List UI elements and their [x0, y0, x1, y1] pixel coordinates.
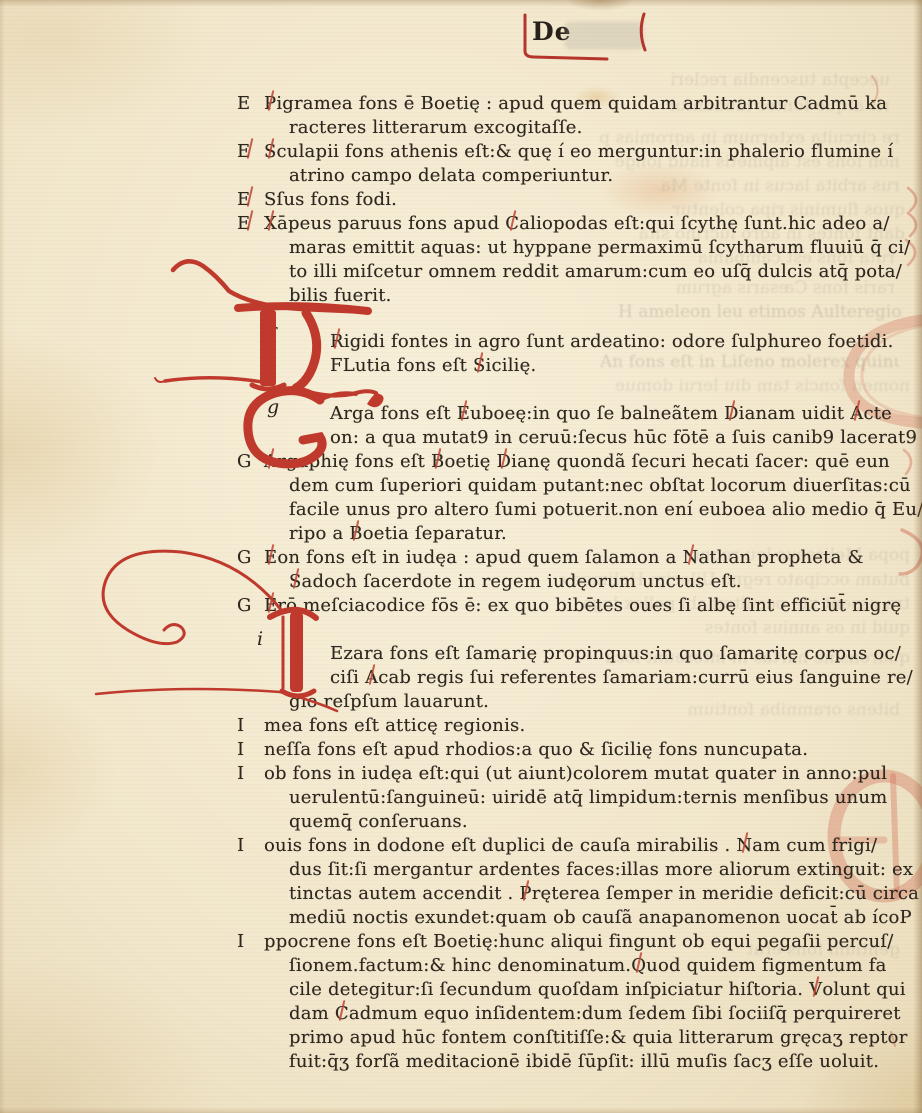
line-text: Sſus fons fodi.: [264, 189, 397, 210]
line-text: Xāpeus paruus fons apud Caliopodas eſt:q…: [264, 213, 890, 234]
line-text: dem cum ſuperiori quidam putant:nec obſt…: [289, 475, 911, 496]
line-text: atrino campo delata comperiuntur.: [289, 165, 613, 186]
line-text: quemq̄ conſeruans.: [289, 811, 468, 832]
guide-letter-i: i: [257, 628, 263, 650]
entry-capital: E: [237, 140, 264, 164]
text-block: EPigramea fons ē Boetię : apud quem quid…: [0, 0, 922, 1113]
line-text: bilis fuerit.: [289, 285, 392, 306]
entry-capital: G: [237, 546, 264, 570]
entry-capital: G: [237, 594, 264, 618]
text-line: Sadoch ſacerdote in regem iudęorum unctu…: [289, 570, 742, 594]
line-text: facile unus pro altero ſumi potuerit.non…: [289, 499, 922, 520]
text-line: EPigramea fons ē Boetię : apud quem quid…: [237, 92, 887, 116]
line-text: ſionem.factum:& hinc denominatum.Quod qu…: [289, 955, 887, 976]
text-line: dus ſit:ſi mergantur ardentes faces:illa…: [289, 858, 913, 882]
text-line: to illi miſcetur omnem reddit amarum:cum…: [289, 260, 902, 284]
text-line: primo apud hūc fontem conſtitiſſe:& quia…: [289, 1026, 908, 1050]
text-line: ESſus fons fodi.: [237, 188, 397, 212]
line-text: Arga fons eſt Euboeę:in quo ſe balneãtem…: [330, 403, 892, 424]
text-line: EXāpeus paruus fons apud Caliopodas eſt:…: [237, 212, 890, 236]
text-line: Iouis fons in dodone eſt duplici de cauſ…: [237, 834, 877, 858]
line-text: uerulentū:ſanguineū: uiridē atq̄ limpidu…: [289, 787, 887, 808]
line-text: cile detegitur:ſi ſecundum quoſdam inſpi…: [289, 979, 906, 1000]
text-line: maras emittit aquas: ut hyppane permaxim…: [289, 236, 910, 260]
text-line: GErō meſciacodice fōs ē: ex quo bibētes …: [237, 594, 901, 618]
text-line: FLutia fons eſt Sicilię.: [330, 354, 536, 378]
text-line: fuit:q̄ʒ forſã meditacionē ibidē ſūpſit:…: [289, 1050, 879, 1074]
text-line: Imea fons eſt atticę regionis.: [237, 714, 525, 738]
text-line: Ineſſa fons eſt apud rhodios:a quo & ſic…: [237, 738, 808, 762]
text-line: mediū noctis exundet:quam ob cauſã anapa…: [289, 906, 912, 930]
text-line: facile unus pro altero ſumi potuerit.non…: [289, 498, 922, 522]
manuscript-page: uecepta tuscendia recleririt atque fonte…: [0, 0, 922, 1113]
text-line: atrino campo delata comperiuntur.: [289, 164, 613, 188]
line-text: racteres litterarum excogitaſſe.: [289, 117, 583, 138]
entry-capital: I: [237, 834, 264, 858]
text-line: GArgaphię fons eſt Boetię Dianę quondã ſ…: [237, 450, 890, 474]
entry-capital: I: [237, 930, 264, 954]
line-text: ouis fons in dodone eſt duplici de cauſa…: [264, 835, 877, 856]
line-text: Eon fons eſt in iudęa : apud quem ſalamo…: [264, 547, 864, 568]
text-line: dam Cadmum equo inſidentem:dum ſedem ſib…: [289, 1002, 901, 1026]
line-text: on: a qua mutat9 in ceruū:ſecus hūc fōtē…: [330, 427, 922, 448]
line-text: Sculapii fons athenis eſt:& quę í eo mer…: [264, 141, 893, 162]
entry-capital: E: [237, 188, 264, 212]
line-text: dam Cadmum equo inſidentem:dum ſedem ſib…: [289, 1003, 901, 1024]
line-text: neſſa fons eſt apud rhodios:a quo & ſici…: [264, 739, 808, 760]
line-text: Sadoch ſacerdote in regem iudęorum unctu…: [289, 571, 742, 592]
text-line: ripo a Boetia ſeparatur.: [289, 522, 507, 546]
entry-capital: I: [237, 714, 264, 738]
line-text: gio reſpſum lauarunt.: [289, 691, 489, 712]
line-text: maras emittit aquas: ut hyppane permaxim…: [289, 237, 910, 258]
guide-letter-f: f: [268, 324, 275, 346]
text-line: ſionem.factum:& hinc denominatum.Quod qu…: [289, 954, 887, 978]
entry-capital: E: [237, 212, 264, 236]
line-text: ripo a Boetia ſeparatur.: [289, 523, 507, 544]
line-text: Rigidi fontes in agro ſunt ardeatino: od…: [330, 331, 894, 352]
text-line: bilis fuerit.: [289, 284, 392, 308]
text-line: ESculapii fons athenis eſt:& quę í eo me…: [237, 140, 893, 164]
text-line: Arga fons eſt Euboeę:in quo ſe balneãtem…: [330, 402, 892, 426]
entry-capital: G: [237, 450, 264, 474]
line-text: to illi miſcetur omnem reddit amarum:cum…: [289, 261, 902, 282]
text-line: uerulentū:ſanguineū: uiridē atq̄ limpidu…: [289, 786, 887, 810]
line-text: FLutia fons eſt Sicilię.: [330, 355, 536, 376]
entry-capital: E: [237, 92, 264, 116]
line-text: Ezara fons eſt ſamarię propinquus:in quo…: [330, 643, 901, 664]
text-line: Rigidi fontes in agro ſunt ardeatino: od…: [330, 330, 894, 354]
text-line: gio reſpſum lauarunt.: [289, 690, 489, 714]
line-text: Pigramea fons ē Boetię : apud quem quida…: [264, 93, 887, 114]
text-line: Ippocrene fons eſt Boetię:hunc aliqui fi…: [237, 930, 893, 954]
line-text: ob fons in iudęa eſt:qui (ut aiunt)color…: [264, 763, 887, 784]
text-line: cile detegitur:ſi ſecundum quoſdam inſpi…: [289, 978, 906, 1002]
text-line: racteres litterarum excogitaſſe.: [289, 116, 583, 140]
line-text: ppocrene fons eſt Boetię:hunc aliqui fin…: [264, 931, 893, 952]
line-text: dus ſit:ſi mergantur ardentes faces:illa…: [289, 859, 913, 880]
line-text: fuit:q̄ʒ forſã meditacionē ibidē ſūpſit:…: [289, 1051, 879, 1072]
entry-capital: I: [237, 762, 264, 786]
line-text: primo apud hūc fontem conſtitiſſe:& quia…: [289, 1027, 908, 1048]
line-text: tinctas autem accendit . Pręterea ſemper…: [289, 883, 919, 904]
line-text: mediū noctis exundet:quam ob cauſã anapa…: [289, 907, 912, 928]
text-line: quemq̄ conſeruans.: [289, 810, 468, 834]
text-line: on: a qua mutat9 in ceruū:ſecus hūc fōtē…: [330, 426, 922, 450]
text-line: Ezara fons eſt ſamarię propinquus:in quo…: [330, 642, 901, 666]
line-text: Erō meſciacodice fōs ē: ex quo bibētes o…: [264, 595, 901, 616]
entry-capital: I: [237, 738, 264, 762]
line-text: mea fons eſt atticę regionis.: [264, 715, 525, 736]
text-line: tinctas autem accendit . Pręterea ſemper…: [289, 882, 919, 906]
text-line: dem cum ſuperiori quidam putant:nec obſt…: [289, 474, 911, 498]
guide-letter-g: g: [267, 396, 279, 418]
text-line: ciſi Acab regis ſui referentes ſamariam:…: [330, 666, 913, 690]
text-line: GEon fons eſt in iudęa : apud quem ſalam…: [237, 546, 864, 570]
line-text: ciſi Acab regis ſui referentes ſamariam:…: [330, 667, 913, 688]
text-line: Iob fons in iudęa eſt:qui (ut aiunt)colo…: [237, 762, 887, 786]
line-text: Argaphię fons eſt Boetię Dianę quondã ſe…: [264, 451, 890, 472]
